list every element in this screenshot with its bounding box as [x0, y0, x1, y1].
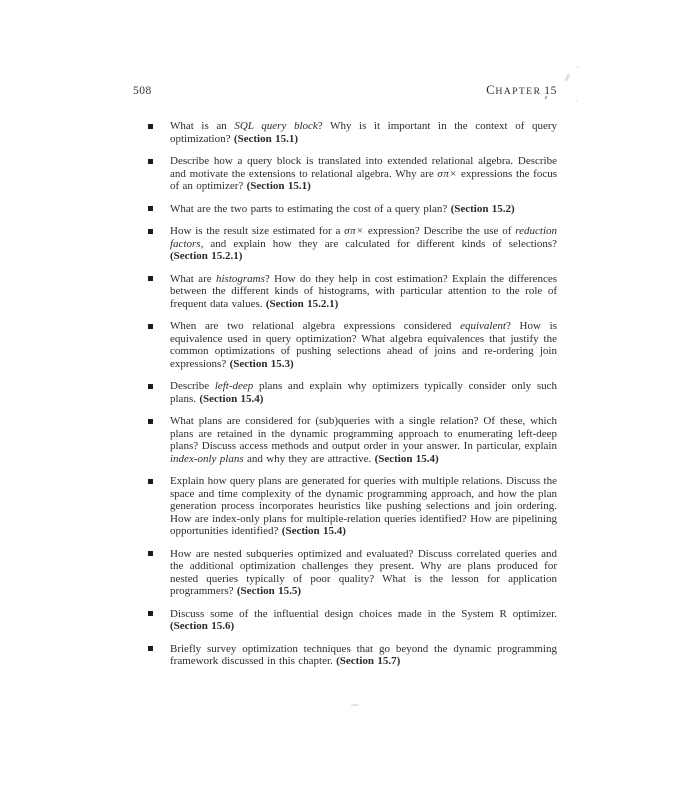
question-segment: , and explain how they are calculated fo… — [201, 238, 557, 250]
bullet-square-icon — [148, 419, 153, 424]
question-segment: Discuss some of the influential design c… — [170, 608, 557, 620]
question-item: Discuss some of the influential design c… — [133, 608, 557, 633]
question-segment: (Section 15.1) — [247, 180, 311, 192]
chapter-number: 15 — [544, 85, 557, 97]
bullet-square-icon — [148, 276, 153, 281]
scan-artifact — [351, 704, 359, 706]
question-segment: (Section 15.4) — [375, 453, 439, 465]
bullet-square-icon — [148, 646, 153, 651]
question-item: What are the two parts to estimating the… — [133, 203, 557, 216]
page-number: 508 — [133, 85, 152, 97]
question-segment: left-deep — [215, 380, 253, 392]
bullet-square-icon — [148, 206, 153, 211]
question-segment: (Section 15.1) — [234, 133, 298, 145]
bullet-square-icon — [148, 229, 153, 234]
question-segment: index-only plans — [170, 453, 244, 465]
question-segment: When are two relational algebra expressi… — [170, 320, 460, 332]
bullet-square-icon — [148, 384, 153, 389]
book-page: 508 CHAPTER15 What is an SQL query block… — [133, 84, 557, 668]
question-segment: Explain how query plans are generated fo… — [170, 475, 557, 537]
bullet-square-icon — [148, 324, 153, 329]
question-segment: (Section 15.3) — [230, 358, 294, 370]
bullet-square-icon — [148, 124, 153, 129]
question-segment: How are nested subqueries optimized and … — [170, 548, 557, 598]
chapter-word-initial: C — [486, 82, 495, 97]
question-item: How are nested subqueries optimized and … — [133, 548, 557, 598]
question-segment: SQL query block — [234, 120, 317, 132]
question-segment: (Section 15.2.1) — [266, 298, 338, 310]
question-segment: (Section 15.7) — [336, 655, 400, 667]
page-header: 508 CHAPTER15 — [133, 84, 557, 98]
question-segment: What is an — [170, 120, 234, 132]
bullet-square-icon — [148, 551, 153, 556]
question-segment: How is the result size estimated for a — [170, 225, 344, 237]
bullet-square-icon — [148, 479, 153, 484]
question-item: What are histograms? How do they help in… — [133, 273, 557, 311]
question-segment: histograms — [216, 273, 265, 285]
scan-artifact — [577, 66, 579, 68]
question-segment: (Section 15.4) — [199, 393, 263, 405]
question-segment: Describe — [170, 380, 215, 392]
question-segment: (Section 15.6) — [170, 620, 234, 632]
question-segment: (Section 15.4) — [282, 525, 346, 537]
question-segment: σπ× — [437, 168, 457, 180]
scan-artifact — [565, 74, 571, 82]
question-segment: σπ× — [344, 225, 364, 237]
question-segment: What plans are considered for (sub)queri… — [170, 415, 557, 452]
scan-artifact — [576, 100, 578, 102]
question-segment: equivalent — [460, 320, 506, 332]
bullet-square-icon — [148, 159, 153, 164]
question-segment: (Section 15.5) — [237, 585, 301, 597]
question-item: Briefly survey optimization techniques t… — [133, 643, 557, 668]
question-segment: What are the two parts to estimating the… — [170, 203, 451, 215]
question-item: When are two relational algebra expressi… — [133, 320, 557, 370]
question-segment: expression? Describe the use of — [364, 225, 515, 237]
chapter-heading: CHAPTER15 — [486, 84, 557, 98]
question-item: Describe how a query block is translated… — [133, 155, 557, 193]
question-segment: and why they are attractive. — [244, 453, 375, 465]
question-segment: What are — [170, 273, 216, 285]
chapter-word-rest: HAPTER — [495, 86, 541, 97]
bullet-square-icon — [148, 611, 153, 616]
question-segment: (Section 15.2.1) — [170, 250, 242, 262]
question-item: What is an SQL query block? Why is it im… — [133, 120, 557, 145]
questions-list: What is an SQL query block? Why is it im… — [133, 120, 557, 668]
question-item: What plans are considered for (sub)queri… — [133, 415, 557, 465]
question-item: Explain how query plans are generated fo… — [133, 475, 557, 538]
question-segment: (Section 15.2) — [451, 203, 515, 215]
question-item: How is the result size estimated for a σ… — [133, 225, 557, 263]
question-item: Describe left-deep plans and explain why… — [133, 380, 557, 405]
